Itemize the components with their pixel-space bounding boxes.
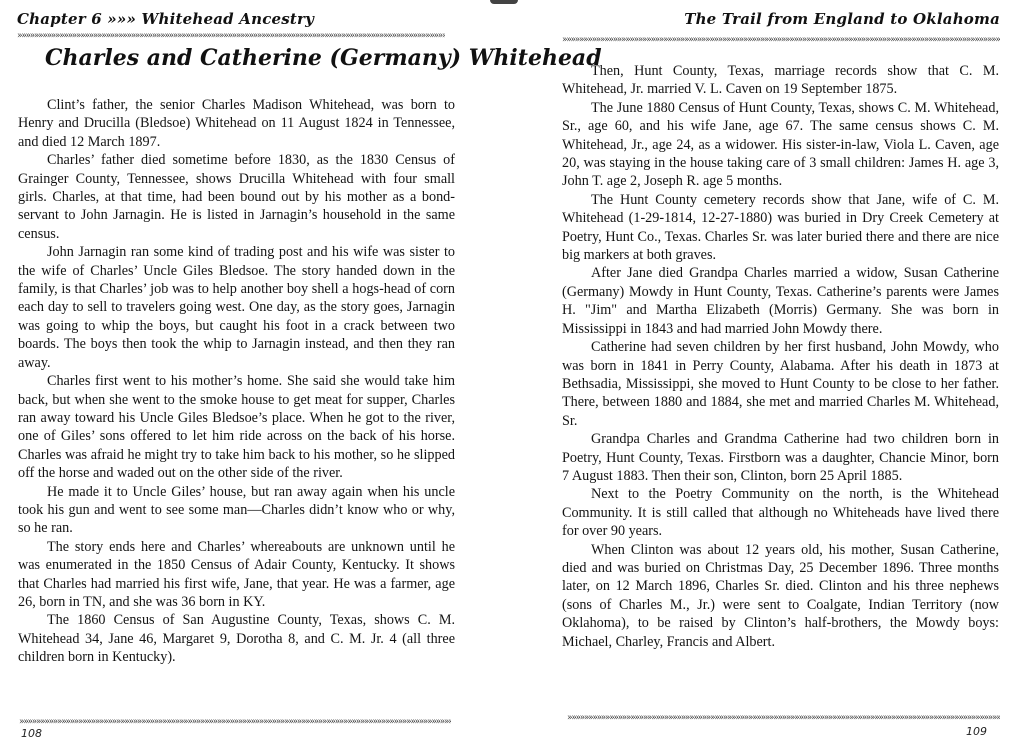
paragraph: He made it to Uncle Giles’ house, but ra… xyxy=(18,483,455,538)
page-number: 109 xyxy=(966,725,987,738)
paragraph: Clint’s father, the senior Charles Madis… xyxy=(18,96,455,151)
book-spread: Chapter 6 »»» Whitehead Ancestry »»»»»»»… xyxy=(0,0,1024,744)
running-head-chapter: Chapter 6 »»» Whitehead Ancestry xyxy=(17,10,314,28)
running-head-book-title: The Trail from England to Oklahoma xyxy=(684,10,1000,28)
paragraph: The Hunt County cemetery records show th… xyxy=(562,191,999,265)
body-text-right: Then, Hunt County, Texas, marriage recor… xyxy=(562,62,999,651)
paragraph: Grandpa Charles and Grandma Catherine ha… xyxy=(562,430,999,485)
paragraph: The June 1880 Census of Hunt County, Tex… xyxy=(562,99,999,191)
body-text-left: Clint’s father, the senior Charles Madis… xyxy=(18,96,455,667)
paragraph: When Clinton was about 12 years old, his… xyxy=(562,541,999,651)
right-page: The Trail from England to Oklahoma »»»»»… xyxy=(512,0,1024,744)
ornament-rule-top: »»»»»»»»»»»»»»»»»»»»»»»»»»»»»»»»»»»»»»»»… xyxy=(17,31,445,41)
ornament-rule-bottom: »»»»»»»»»»»»»»»»»»»»»»»»»»»»»»»»»»»»»»»»… xyxy=(19,717,451,727)
paragraph: Then, Hunt County, Texas, marriage recor… xyxy=(562,62,999,99)
ornament-rule-bottom: »»»»»»»»»»»»»»»»»»»»»»»»»»»»»»»»»»»»»»»»… xyxy=(567,713,1000,723)
paragraph: Catherine had seven children by her firs… xyxy=(562,338,999,430)
page-number: 108 xyxy=(21,727,42,740)
paragraph: John Jarnagin ran some kind of trading p… xyxy=(18,243,455,372)
ornament-rule-top: »»»»»»»»»»»»»»»»»»»»»»»»»»»»»»»»»»»»»»»»… xyxy=(562,35,1000,45)
paragraph: Charles first went to his mother’s home.… xyxy=(18,372,455,482)
paragraph: Next to the Poetry Community on the nort… xyxy=(562,485,999,540)
paragraph: The story ends here and Charles’ whereab… xyxy=(18,538,455,612)
paragraph: Charles’ father died sometime before 183… xyxy=(18,151,455,243)
paragraph: After Jane died Grandpa Charles married … xyxy=(562,264,999,338)
left-page: Chapter 6 »»» Whitehead Ancestry »»»»»»»… xyxy=(0,0,512,744)
paragraph: The 1860 Census of San Augustine County,… xyxy=(18,611,455,666)
